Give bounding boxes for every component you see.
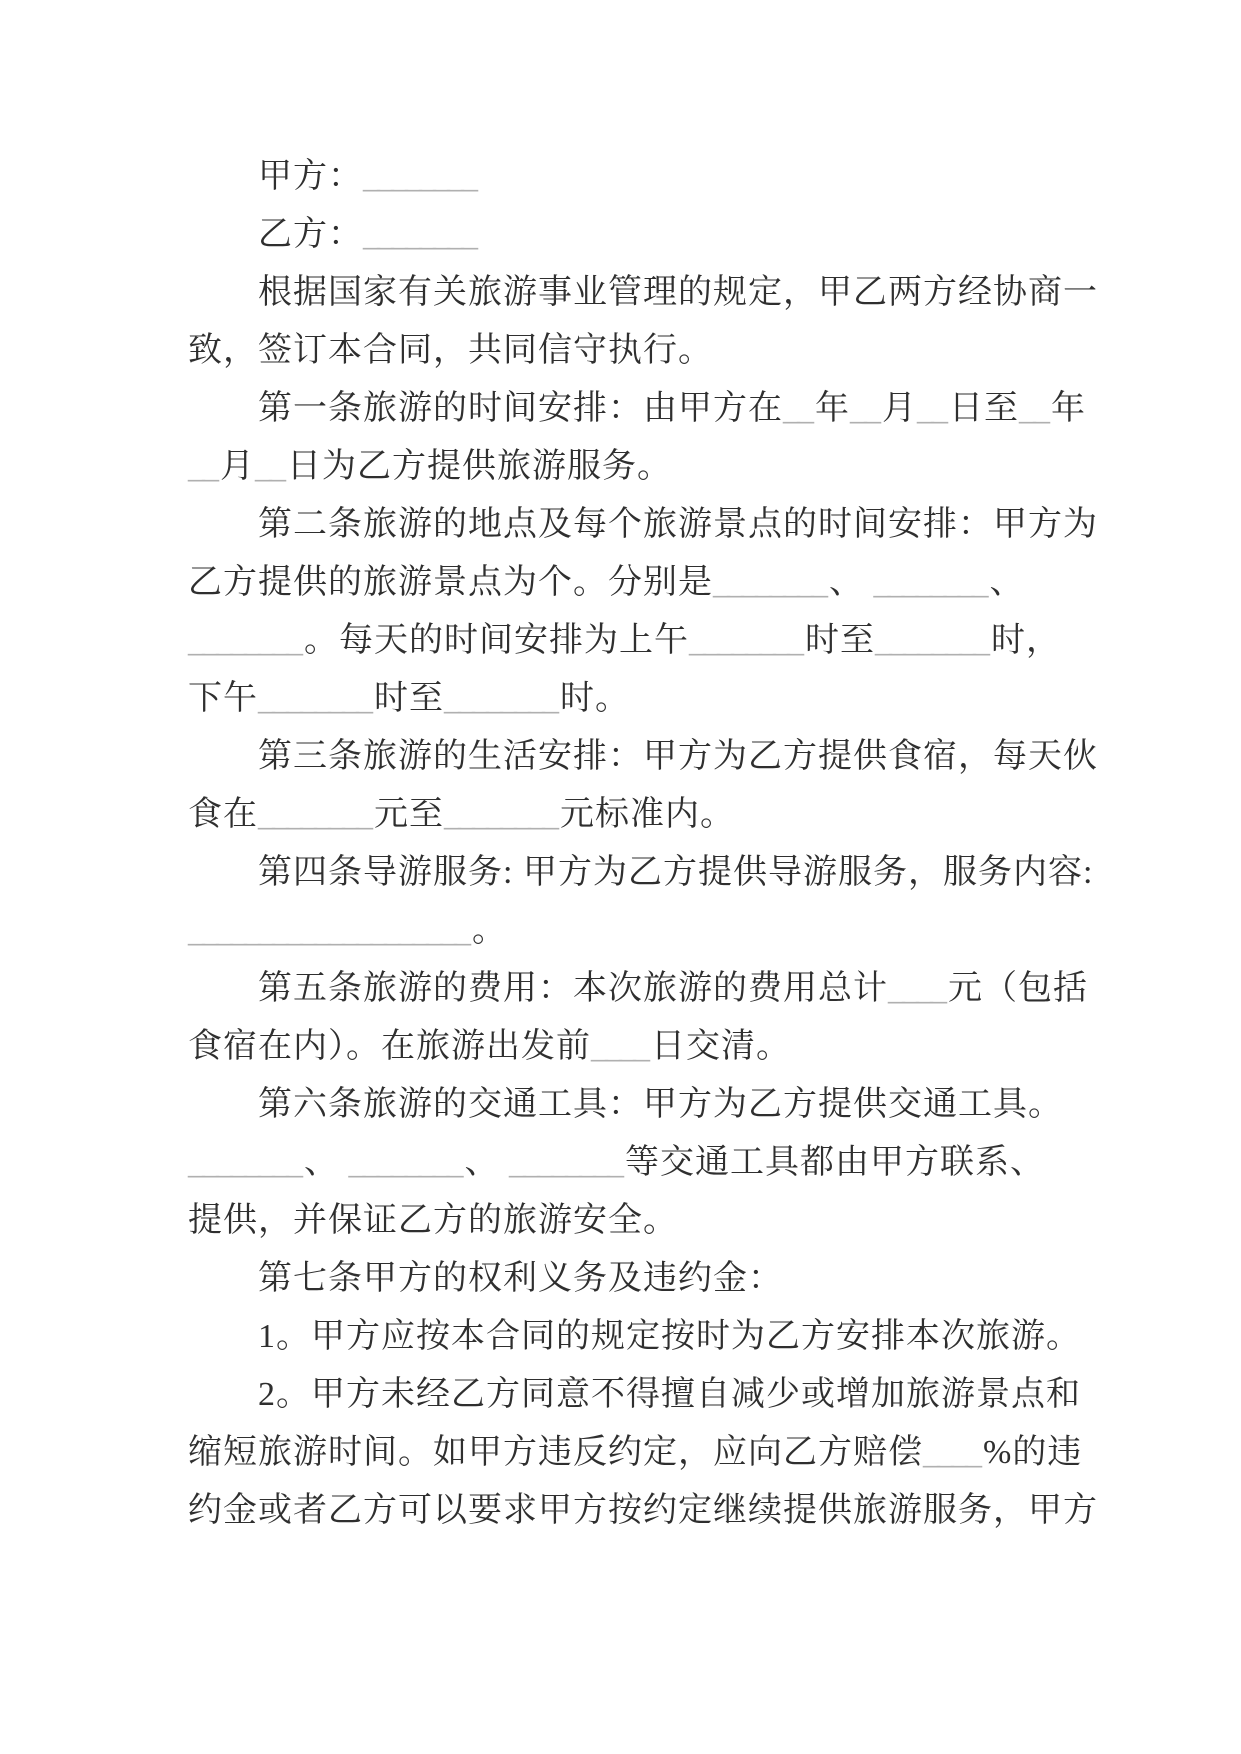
blank-field: ________ — [875, 622, 991, 659]
text-run: 第三条旅游的生活安排：甲方为乙方提供食宿，每天伙 — [258, 738, 1098, 775]
blank-field: ________ — [349, 1144, 465, 1181]
text-run: 缩短旅游时间。如甲方违反约定，应向乙方赔偿 — [188, 1434, 923, 1471]
text-run: 年 — [1051, 390, 1086, 427]
contract-line: 2。甲方未经乙方同意不得擅自减少或增加旅游景点和 — [188, 1366, 1068, 1424]
text-run: 提供，并保证乙方的旅游安全。 — [188, 1202, 678, 1239]
text-run: 元（包括 — [948, 970, 1088, 1007]
text-run: 根据国家有关旅游事业管理的规定，甲乙两方经协商一 — [258, 274, 1098, 311]
contract-line: ________。每天的时间安排为上午________时至________时， — [188, 612, 1068, 670]
contract-line: 根据国家有关旅游事业管理的规定，甲乙两方经协商一 — [188, 264, 1068, 322]
text-run: 第六条旅游的交通工具：甲方为乙方提供交通工具。 — [258, 1086, 1063, 1123]
blank-field: __ — [917, 390, 949, 427]
blank-field: ____ — [591, 1028, 651, 1065]
text-run: 约金或者乙方可以要求甲方按约定继续提供旅游服务，甲方 — [188, 1492, 1098, 1529]
blank-field: ________ — [188, 1144, 304, 1181]
text-run: 第七条甲方的权利义务及违约金： — [258, 1260, 783, 1297]
contract-line: 甲方：________ — [188, 148, 1068, 206]
text-run: 时， — [991, 622, 1061, 659]
blank-field: ____ — [923, 1434, 983, 1471]
blank-field: ________ — [444, 796, 560, 833]
contract-line: 乙方：________ — [188, 206, 1068, 264]
text-run: 乙方提供的旅游景点为个。分别是 — [188, 564, 713, 601]
blank-field: __ — [188, 448, 220, 485]
contract-line: 第一条旅游的时间安排：由甲方在__年__月__日至__年 — [188, 380, 1068, 438]
text-run: 。 — [472, 912, 507, 949]
text-run: 第四条导游服务: 甲方为乙方提供导游服务，服务内容: — [258, 854, 1093, 891]
contract-line: 缩短旅游时间。如甲方违反约定，应向乙方赔偿____%的违 — [188, 1424, 1068, 1482]
text-run: 月 — [220, 448, 255, 485]
text-run: 元至 — [374, 796, 444, 833]
contract-line: ____________________。 — [188, 902, 1068, 960]
blank-field: ____________________ — [188, 912, 472, 949]
text-run: 甲方： — [258, 158, 363, 195]
text-run: 第二条旅游的地点及每个旅游景点的时间安排：甲方为 — [258, 506, 1098, 543]
text-run: 下午 — [188, 680, 258, 717]
text-run: 2。甲方未经乙方同意不得擅自减少或增加旅游景点和 — [258, 1376, 1081, 1413]
blank-field: ________ — [258, 796, 374, 833]
text-run: 年 — [815, 390, 850, 427]
blank-field: ________ — [363, 216, 479, 253]
text-run: 日至 — [949, 390, 1019, 427]
text-run: 食在 — [188, 796, 258, 833]
blank-field: ________ — [713, 564, 829, 601]
contract-line: 1。甲方应按本合同的规定按时为乙方安排本次旅游。 — [188, 1308, 1068, 1366]
blank-field: __ — [783, 390, 815, 427]
blank-field: __ — [850, 390, 882, 427]
text-run: 时至 — [805, 622, 875, 659]
text-run: 。每天的时间安排为上午 — [304, 622, 689, 659]
contract-line: 下午________时至________时。 — [188, 670, 1068, 728]
text-run: 时至 — [374, 680, 444, 717]
contract-line: 食宿在内）。在旅游出发前____日交清。 — [188, 1018, 1068, 1076]
text-run: 日为乙方提供旅游服务。 — [287, 448, 672, 485]
text-run: 元标准内。 — [560, 796, 735, 833]
contract-line: 乙方提供的旅游景点为个。分别是________、 ________、 — [188, 554, 1068, 612]
text-run: 、 — [990, 564, 1025, 601]
blank-field: ________ — [188, 622, 304, 659]
contract-line: 第七条甲方的权利义务及违约金： — [188, 1250, 1068, 1308]
blank-field: ____ — [888, 970, 948, 1007]
contract-line: ________、 ________、 ________等交通工具都由甲方联系、 — [188, 1134, 1068, 1192]
text-run: 等交通工具都由甲方联系、 — [625, 1144, 1045, 1181]
blank-field: ________ — [363, 158, 479, 195]
contract-body: 甲方：________乙方：________根据国家有关旅游事业管理的规定，甲乙… — [188, 148, 1068, 1540]
blank-field: __ — [255, 448, 287, 485]
contract-line: __月__日为乙方提供旅游服务。 — [188, 438, 1068, 496]
contract-line: 第二条旅游的地点及每个旅游景点的时间安排：甲方为 — [188, 496, 1068, 554]
contract-line: 第五条旅游的费用：本次旅游的费用总计____元（包括 — [188, 960, 1068, 1018]
contract-line: 食在________元至________元标准内。 — [188, 786, 1068, 844]
contract-line: 第四条导游服务: 甲方为乙方提供导游服务，服务内容: — [188, 844, 1068, 902]
contract-line: 提供，并保证乙方的旅游安全。 — [188, 1192, 1068, 1250]
text-run: 乙方： — [258, 216, 363, 253]
text-run: 、 — [465, 1144, 510, 1181]
text-run: 、 — [304, 1144, 349, 1181]
text-run: 日交清。 — [651, 1028, 791, 1065]
contract-line: 致，签订本合同，共同信守执行。 — [188, 322, 1068, 380]
blank-field: ________ — [509, 1144, 625, 1181]
contract-line: 第六条旅游的交通工具：甲方为乙方提供交通工具。 — [188, 1076, 1068, 1134]
text-run: 致，签订本合同，共同信守执行。 — [188, 332, 713, 369]
text-run: 月 — [882, 390, 917, 427]
document-page: 甲方：________乙方：________根据国家有关旅游事业管理的规定，甲乙… — [0, 0, 1241, 1754]
blank-field: ________ — [258, 680, 374, 717]
text-run: 食宿在内）。在旅游出发前 — [188, 1028, 591, 1065]
blank-field: ________ — [689, 622, 805, 659]
contract-line: 约金或者乙方可以要求甲方按约定继续提供旅游服务，甲方 — [188, 1482, 1068, 1540]
text-run: %的违 — [983, 1434, 1082, 1471]
blank-field: __ — [1019, 390, 1051, 427]
text-run: 、 — [829, 564, 874, 601]
blank-field: ________ — [874, 564, 990, 601]
text-run: 第五条旅游的费用：本次旅游的费用总计 — [258, 970, 888, 1007]
text-run: 第一条旅游的时间安排：由甲方在 — [258, 390, 783, 427]
blank-field: ________ — [444, 680, 560, 717]
text-run: 1。甲方应按本合同的规定按时为乙方安排本次旅游。 — [258, 1318, 1081, 1355]
contract-line: 第三条旅游的生活安排：甲方为乙方提供食宿，每天伙 — [188, 728, 1068, 786]
text-run: 时。 — [560, 680, 630, 717]
